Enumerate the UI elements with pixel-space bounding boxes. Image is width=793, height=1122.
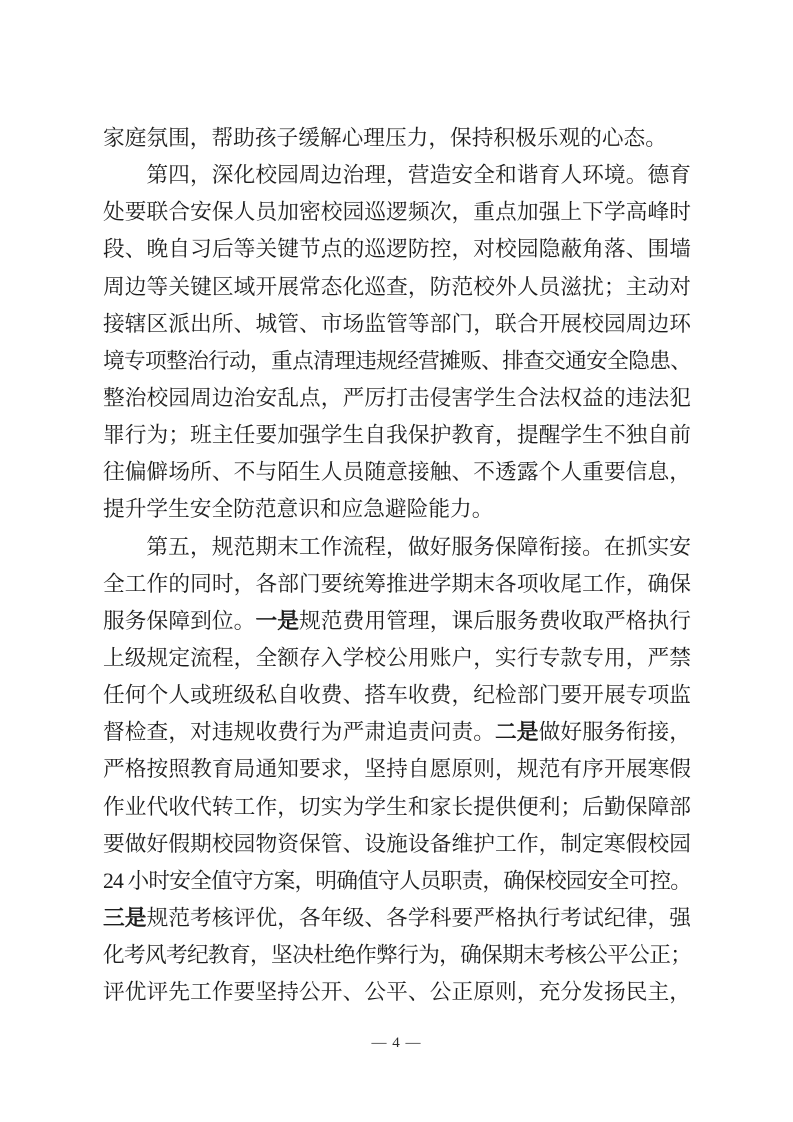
text-run: 化考风考纪教育，坚决杜绝作弊行为，确保期末考核公平公正； [103,943,691,967]
text-line: 第五，规范期末工作流程，做好服务保障衔接。在抓实安 [103,529,691,566]
text-line: 化考风考纪教育，坚决杜绝作弊行为，确保期末考核公平公正； [103,937,691,974]
text-line: 三是规范考核评优，各年级、各学科要严格执行考试纪律，强 [103,900,691,937]
text-line: 接辖区派出所、城管、市场监管等部门，联合开展校园周边环 [103,306,691,343]
text-run: 24 小时安全值守方案，明确值守人员职责，确保校园安全可控。 [103,869,691,893]
text-line: 24 小时安全值守方案，明确值守人员职责，确保校园安全可控。 [103,863,691,900]
text-line: 督检查，对违规收费行为严肃追责问责。二是做好服务衔接， [103,714,691,751]
text-line: 任何个人或班级私自收费、搭车收费，纪检部门要开展专项监 [103,677,691,714]
text-run: 段、晚自习后等关键节点的巡逻防控，对校园隐蔽角落、围墙 [103,237,691,261]
text-run: 上级规定流程，全额存入学校公用账户，实行专款专用，严禁 [103,646,691,670]
text-run: 周边等关键区域开展常态化巡查，防范校外人员滋扰；主动对 [103,275,691,299]
text-line: 作业代收代转工作，切实为学生和家长提供便利；后勤保障部 [103,789,691,826]
text-run: 往偏僻场所、不与陌生人员随意接触、不透露个人重要信息， [103,460,691,484]
bold-emphasis-run: 一是 [255,609,299,633]
text-run: 第四，深化校园周边治理，营造安全和谐育人环境。德育 [146,163,691,187]
bold-emphasis-run: 三是 [103,906,147,930]
text-line: 第四，深化校园周边治理，营造安全和谐育人环境。德育 [103,157,691,194]
bold-emphasis-run: 二是 [495,720,539,744]
text-line: 往偏僻场所、不与陌生人员随意接触、不透露个人重要信息， [103,454,691,491]
text-run: 处要联合安保人员加密校园巡逻频次，重点加强上下学高峰时 [103,200,691,224]
text-run: 罪行为；班主任要加强学生自我保护教育，提醒学生不独自前 [103,423,691,447]
text-run: 全工作的同时，各部门要统筹推进学期末各项收尾工作，确保 [103,572,691,596]
text-line: 提升学生安全防范意识和应急避险能力。 [103,491,691,528]
text-run: 第五，规范期末工作流程，做好服务保障衔接。在抓实安 [146,535,691,559]
text-run: 规范考核评优，各年级、各学科要严格执行考试纪律，强 [147,906,691,930]
text-run: 家庭氛围，帮助孩子缓解心理压力，保持积极乐观的心态。 [103,126,667,150]
page-footer: — 4 — [0,1034,793,1052]
body-text: 家庭氛围，帮助孩子缓解心理压力，保持积极乐观的心态。第四，深化校园周边治理，营造… [103,120,691,1011]
text-run: 境专项整治行动，重点清理违规经营摊贩、排查交通安全隐患、 [103,349,691,373]
text-line: 严格按照教育局通知要求，坚持自愿原则，规范有序开展寒假 [103,751,691,788]
text-line: 整治校园周边治安乱点，严厉打击侵害学生合法权益的违法犯 [103,380,691,417]
text-line: 评优评先工作要坚持公开、公平、公正原则，充分发扬民主， [103,974,691,1011]
text-line: 上级规定流程，全额存入学校公用账户，实行专款专用，严禁 [103,640,691,677]
text-run: 严格按照教育局通知要求，坚持自愿原则，规范有序开展寒假 [103,757,691,781]
text-line: 段、晚自习后等关键节点的巡逻防控，对校园隐蔽角落、围墙 [103,231,691,268]
text-line: 要做好假期校园物资保管、设施设备维护工作，制定寒假校园 [103,826,691,863]
text-run: 作业代收代转工作，切实为学生和家长提供便利；后勤保障部 [103,795,691,819]
page-number: — 4 — [372,1035,422,1051]
text-run: 规范费用管理，课后服务费收取严格执行 [299,609,691,633]
text-line: 罪行为；班主任要加强学生自我保护教育，提醒学生不独自前 [103,417,691,454]
text-line: 处要联合安保人员加密校园巡逻频次，重点加强上下学高峰时 [103,194,691,231]
text-line: 全工作的同时，各部门要统筹推进学期末各项收尾工作，确保 [103,566,691,603]
text-line: 周边等关键区域开展常态化巡查，防范校外人员滋扰；主动对 [103,269,691,306]
text-run: 评优评先工作要坚持公开、公平、公正原则，充分发扬民主， [103,980,691,1004]
document-page: 家庭氛围，帮助孩子缓解心理压力，保持积极乐观的心态。第四，深化校园周边治理，营造… [0,0,793,1122]
text-line: 境专项整治行动，重点清理违规经营摊贩、排查交通安全隐患、 [103,343,691,380]
text-line: 服务保障到位。一是规范费用管理，课后服务费收取严格执行 [103,603,691,640]
text-line: 家庭氛围，帮助孩子缓解心理压力，保持积极乐观的心态。 [103,120,691,157]
text-run: 做好服务衔接， [539,720,691,744]
text-run: 督检查，对违规收费行为严肃追责问责。 [103,720,495,744]
text-run: 要做好假期校园物资保管、设施设备维护工作，制定寒假校园 [103,832,691,856]
text-run: 接辖区派出所、城管、市场监管等部门，联合开展校园周边环 [103,312,691,336]
text-run: 任何个人或班级私自收费、搭车收费，纪检部门要开展专项监 [103,683,691,707]
text-run: 服务保障到位。 [103,609,255,633]
text-run: 整治校园周边治安乱点，严厉打击侵害学生合法权益的违法犯 [103,386,691,410]
text-run: 提升学生安全防范意识和应急避险能力。 [103,497,493,521]
